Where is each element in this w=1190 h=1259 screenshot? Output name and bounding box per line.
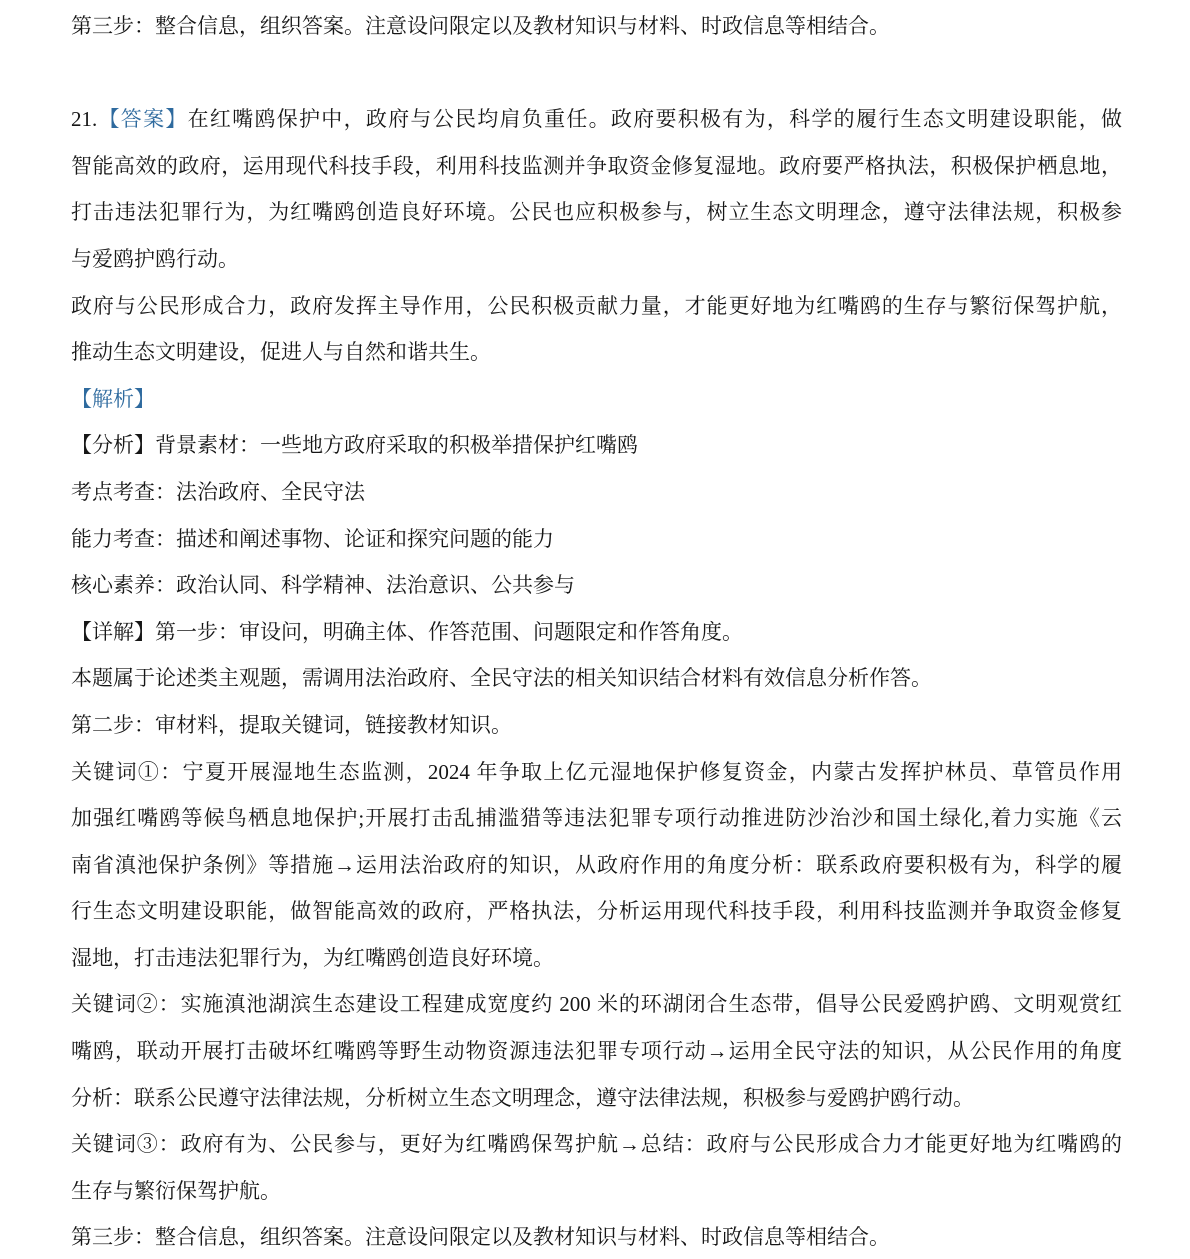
text-segment: 能力考查：描述和阐述事物、论证和探究问题的能力 <box>71 527 554 551</box>
text-line: 核心素养：政治认同、科学精神、法治意识、公共参与 <box>71 562 1122 609</box>
text-line: 嘴鸥，联动开展打击破坏红嘴鸥等野生动物资源违法犯罪专项行动→运用全民守法的知识，… <box>71 1028 1122 1075</box>
text-segment: 南省滇池保护条例》等措施→运用法治政府的知识，从政府作用的角度分析：联系政府要积… <box>71 853 1122 877</box>
text-segment: 智能高效的政府，运用现代科技手段，利用科技监测并争取资金修复湿地。政府要严格执法… <box>71 154 1122 178</box>
text-line: 【解析】 <box>71 376 1122 423</box>
text-segment: 加强红嘴鸥等候鸟栖息地保护;开展打击乱捕滥猎等违法犯罪专项行动推进防沙治沙和国土… <box>71 806 1122 830</box>
text-line: 分析：联系公民遵守法律法规，分析树立生态文明理念，遵守法律法规，积极参与爱鸥护鸥… <box>71 1075 1122 1122</box>
text-segment: 与爱鸥护鸥行动。 <box>71 247 239 271</box>
text-segment: 嘴鸥，联动开展打击破坏红嘴鸥等野生动物资源违法犯罪专项行动→运用全民守法的知识，… <box>71 1039 1122 1063</box>
text-segment: 第三步：整合信息，组织答案。注意设问限定以及教材知识与材料、时政信息等相结合。 <box>71 14 890 38</box>
text-segment: 行生态文明建设职能，做智能高效的政府，严格执法，分析运用现代科技手段，利用科技监… <box>71 899 1122 923</box>
text-segment: 关键词①：宁夏开展湿地生态监测，2024 年争取上亿元湿地保护修复资金，内蒙古发… <box>71 760 1122 784</box>
text-line: 关键词②：实施滇池湖滨生态建设工程建成宽度约 200 米的环湖闭合生态带，倡导公… <box>71 981 1122 1028</box>
text-line: 【详解】第一步：审设问，明确主体、作答范围、问题限定和作答角度。 <box>71 609 1122 656</box>
text-line: 第三步：整合信息，组织答案。注意设问限定以及教材知识与材料、时政信息等相结合。 <box>71 3 1122 50</box>
text-segment: 核心素养：政治认同、科学精神、法治意识、公共参与 <box>71 573 575 597</box>
text-line: 与爱鸥护鸥行动。 <box>71 236 1122 283</box>
text-segment: 政府与公民形成合力，政府发挥主导作用，公民积极贡献力量，才能更好地为红嘴鸥的生存… <box>71 294 1122 318</box>
text-line: 第二步：审材料，提取关键词，链接教材知识。 <box>71 702 1122 749</box>
text-line: 21.【答案】在红嘴鸥保护中，政府与公民均肩负重任。政府要积极有为，科学的履行生… <box>71 96 1122 143</box>
text-line: 关键词③：政府有为、公民参与，更好为红嘴鸥保驾护航→总结：政府与公民形成合力才能… <box>71 1121 1122 1168</box>
answer-tag-label: 【答案】 <box>97 107 187 131</box>
text-line: 推动生态文明建设，促进人与自然和谐共生。 <box>71 329 1122 376</box>
text-line: 行生态文明建设职能，做智能高效的政府，严格执法，分析运用现代科技手段，利用科技监… <box>71 888 1122 935</box>
text-segment: 【详解】第一步：审设问，明确主体、作答范围、问题限定和作答角度。 <box>71 620 743 644</box>
text-line: 第三步：整合信息，组织答案。注意设问限定以及教材知识与材料、时政信息等相结合。 <box>71 1214 1122 1259</box>
text-segment: 关键词②：实施滇池湖滨生态建设工程建成宽度约 200 米的环湖闭合生态带，倡导公… <box>71 992 1122 1016</box>
text-line: 生存与繁衍保驾护航。 <box>71 1168 1122 1215</box>
text-line: 智能高效的政府，运用现代科技手段，利用科技监测并争取资金修复湿地。政府要严格执法… <box>71 143 1122 190</box>
blank-line <box>71 50 1122 97</box>
document-body: 第三步：整合信息，组织答案。注意设问限定以及教材知识与材料、时政信息等相结合。2… <box>71 3 1122 1259</box>
question-number: 21. <box>71 107 97 131</box>
text-line: 加强红嘴鸥等候鸟栖息地保护;开展打击乱捕滥猎等违法犯罪专项行动推进防沙治沙和国土… <box>71 795 1122 842</box>
text-line: 南省滇池保护条例》等措施→运用法治政府的知识，从政府作用的角度分析：联系政府要积… <box>71 842 1122 889</box>
text-segment: 打击违法犯罪行为，为红嘴鸥创造良好环境。公民也应积极参与，树立生态文明理念，遵守… <box>71 200 1122 224</box>
text-segment: 分析：联系公民遵守法律法规，分析树立生态文明理念，遵守法律法规，积极参与爱鸥护鸥… <box>71 1086 974 1110</box>
document-page: 第三步：整合信息，组织答案。注意设问限定以及教材知识与材料、时政信息等相结合。2… <box>0 0 1190 1259</box>
text-segment: 生存与繁衍保驾护航。 <box>71 1179 281 1203</box>
text-line: 【分析】背景素材：一些地方政府采取的积极举措保护红嘴鸥 <box>71 422 1122 469</box>
text-segment: 第三步：整合信息，组织答案。注意设问限定以及教材知识与材料、时政信息等相结合。 <box>71 1225 890 1249</box>
text-segment: 推动生态文明建设，促进人与自然和谐共生。 <box>71 340 491 364</box>
text-line: 关键词①：宁夏开展湿地生态监测，2024 年争取上亿元湿地保护修复资金，内蒙古发… <box>71 749 1122 796</box>
text-segment: 在红嘴鸥保护中，政府与公民均肩负重任。政府要积极有为，科学的履行生态文明建设职能… <box>188 107 1122 131</box>
text-line: 本题属于论述类主观题，需调用法治政府、全民守法的相关知识结合材料有效信息分析作答… <box>71 655 1122 702</box>
text-line: 湿地，打击违法犯罪行为，为红嘴鸥创造良好环境。 <box>71 935 1122 982</box>
text-segment: 本题属于论述类主观题，需调用法治政府、全民守法的相关知识结合材料有效信息分析作答… <box>71 666 932 690</box>
text-line: 政府与公民形成合力，政府发挥主导作用，公民积极贡献力量，才能更好地为红嘴鸥的生存… <box>71 283 1122 330</box>
text-segment: 【分析】背景素材：一些地方政府采取的积极举措保护红嘴鸥 <box>71 433 638 457</box>
text-line: 能力考查：描述和阐述事物、论证和探究问题的能力 <box>71 516 1122 563</box>
text-segment: 第二步：审材料，提取关键词，链接教材知识。 <box>71 713 512 737</box>
analysis-tag-label: 【解析】 <box>71 387 155 411</box>
text-segment: 关键词③：政府有为、公民参与，更好为红嘴鸥保驾护航→总结：政府与公民形成合力才能… <box>71 1132 1122 1156</box>
text-line: 考点考查：法治政府、全民守法 <box>71 469 1122 516</box>
text-segment: 湿地，打击违法犯罪行为，为红嘴鸥创造良好环境。 <box>71 946 554 970</box>
text-line: 打击违法犯罪行为，为红嘴鸥创造良好环境。公民也应积极参与，树立生态文明理念，遵守… <box>71 189 1122 236</box>
text-segment: 考点考查：法治政府、全民守法 <box>71 480 365 504</box>
